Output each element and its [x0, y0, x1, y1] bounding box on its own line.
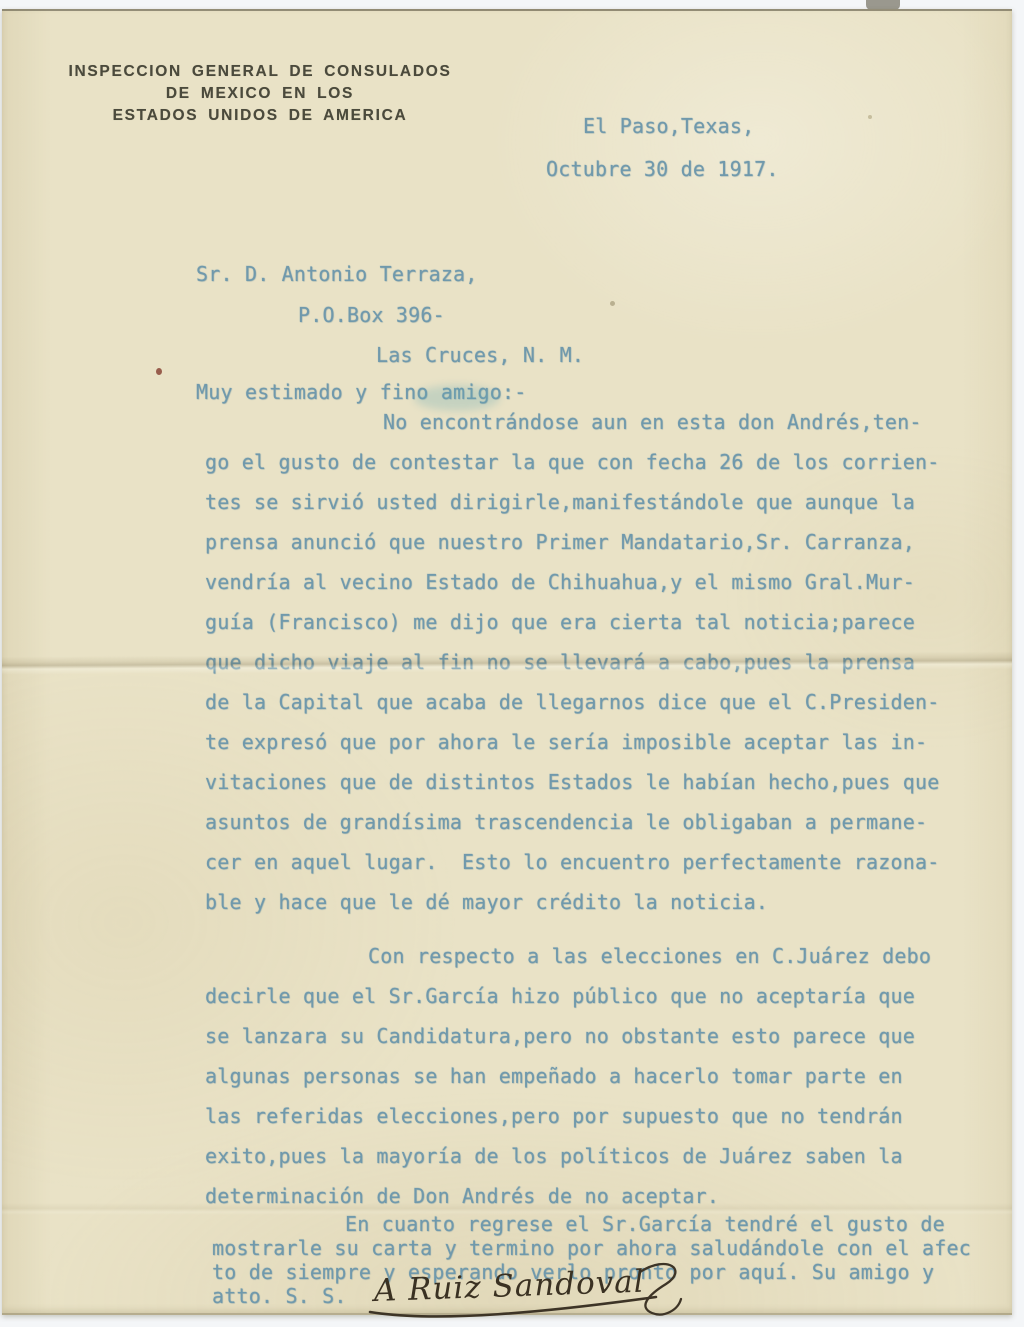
typed-line: exito,pues la mayoría de los políticos d…: [205, 1136, 980, 1176]
typed-line: de la Capital que acaba de llegarnos dic…: [205, 682, 980, 722]
typed-line: tes se sirvió usted dirigirle,manifestán…: [205, 482, 980, 522]
typed-line: te expresó que por ahora le sería imposi…: [205, 722, 980, 762]
recipient-city: Las Cruces, N. M.: [376, 343, 584, 367]
paper-speck: [868, 115, 872, 119]
recipient-name: Sr. D. Antonio Terraza,: [196, 262, 478, 286]
typed-line: se lanzara su Candidatura,pero no obstan…: [205, 1016, 980, 1056]
signature-handwriting: A Ruiz Sandoval: [358, 1250, 694, 1327]
letterhead-line: DE MEXICO EN LOS: [40, 83, 480, 105]
typed-line: En cuanto regrese el Sr.García tendré el…: [212, 1212, 987, 1236]
typed-line: vendría al vecino Estado de Chihuahua,y …: [205, 562, 980, 602]
recipient-pobox: P.O.Box 396-: [298, 303, 445, 327]
typed-line: asuntos de grandísima trascendencia le o…: [205, 802, 980, 842]
paper-speck: [610, 301, 615, 306]
typed-line: No encontrándose aun en esta don Andrés,…: [205, 402, 980, 442]
letter-page: INSPECCION GENERAL DE CONSULADOS DE MEXI…: [2, 9, 1012, 1315]
letterhead: INSPECCION GENERAL DE CONSULADOS DE MEXI…: [40, 61, 480, 127]
typed-line: cer en aquel lugar. Esto lo encuentro pe…: [205, 842, 980, 882]
typed-line: prensa anunció que nuestro Primer Mandat…: [205, 522, 980, 562]
typed-line: decirle que el Sr.García hizo público qu…: [205, 976, 980, 1016]
paragraph-1: No encontrándose aun en esta don Andrés,…: [205, 402, 980, 922]
typed-line: ble y hace que le dé mayor crédito la no…: [205, 882, 980, 922]
dateline-date: Octubre 30 de 1917.: [546, 157, 779, 181]
typed-line: que dicho viaje al fin no se llevará a c…: [205, 642, 980, 682]
letterhead-line: ESTADOS UNIDOS DE AMERICA: [40, 105, 480, 127]
typed-line: Con respecto a las elecciones en C.Juáre…: [205, 936, 980, 976]
paper-speck: [156, 368, 162, 375]
signature-flourish: [640, 1264, 681, 1315]
letterhead-line: INSPECCION GENERAL DE CONSULADOS: [40, 61, 480, 83]
typed-line: guía (Francisco) me dijo que era cierta …: [205, 602, 980, 642]
dateline-place: El Paso,Texas,: [583, 114, 754, 138]
typed-line: go el gusto de contestar la que con fech…: [205, 442, 980, 482]
typed-line: determinación de Don Andrés de no acepta…: [205, 1176, 980, 1216]
paragraph-2: Con respecto a las elecciones en C.Juáre…: [205, 936, 980, 1216]
scanned-letter: INSPECCION GENERAL DE CONSULADOS DE MEXI…: [0, 0, 1024, 1327]
signature-name: A Ruiz Sandoval: [370, 1264, 645, 1310]
typed-line: vitaciones que de distintos Estados le h…: [205, 762, 980, 802]
salutation: Muy estimado y fino amigo:-: [196, 380, 527, 404]
typed-line: algunas personas se han empeñado a hacer…: [205, 1056, 980, 1096]
typed-line: las referidas elecciones,pero por supues…: [205, 1096, 980, 1136]
